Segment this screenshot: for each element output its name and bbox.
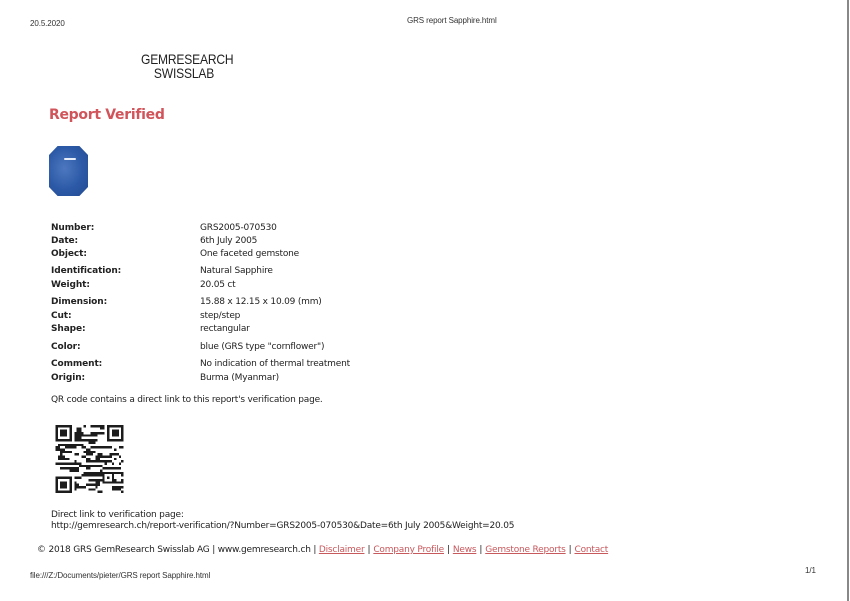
report-verified-heading: Report Verified	[49, 107, 165, 123]
detail-value: step/step	[200, 311, 240, 321]
detail-value: No indication of thermal treatment	[200, 359, 350, 369]
detail-label: Color:	[51, 342, 81, 352]
detail-label: Cut:	[51, 311, 72, 321]
detail-value: 6th July 2005	[200, 236, 257, 246]
detail-value: GRS2005-070530	[200, 223, 277, 233]
copyright-text: © 2018 GRS GemResearch Swisslab AG | www…	[37, 545, 316, 555]
detail-value: 15.88 x 12.15 x 10.09 (mm)	[200, 297, 322, 307]
grs-logo: GEMRESEARCH SWISSLAB	[141, 52, 241, 80]
detail-value: rectangular	[200, 324, 250, 334]
detail-value: Natural Sapphire	[200, 266, 273, 276]
print-title: GRS report Sapphire.html	[407, 16, 497, 25]
footer-separator: |	[476, 545, 485, 555]
page-edge	[847, 0, 849, 601]
direct-link-label: Direct link to verification page:	[51, 510, 184, 520]
footer-link-disclaimer[interactable]: Disclaimer	[319, 545, 365, 555]
footer-link-contact[interactable]: Contact	[574, 545, 608, 555]
detail-value: 20.05 ct	[200, 280, 236, 290]
detail-label: Number:	[51, 223, 94, 233]
footer-link-news[interactable]: News	[453, 545, 477, 555]
detail-label: Shape:	[51, 324, 86, 334]
detail-value: Burma (Myanmar)	[200, 373, 279, 383]
detail-label: Identification:	[51, 266, 121, 276]
detail-label: Object:	[51, 249, 87, 259]
site-footer: © 2018 GRS GemResearch Swisslab AG | www…	[37, 545, 608, 555]
detail-value: One faceted gemstone	[200, 249, 299, 259]
detail-label: Comment:	[51, 359, 102, 369]
logo-line-1: GEMRESEARCH	[141, 52, 227, 66]
footer-separator: |	[364, 545, 373, 555]
qr-code-icon[interactable]	[55, 425, 124, 497]
footer-link-company-profile[interactable]: Company Profile	[373, 545, 444, 555]
verification-url[interactable]: http://gemresearch.ch/report-verificatio…	[51, 521, 514, 531]
logo-line-2: SWISSLAB	[141, 66, 227, 80]
detail-label: Dimension:	[51, 297, 107, 307]
print-date: 20.5.2020	[30, 19, 65, 28]
footer-link-gemstone-reports[interactable]: Gemstone Reports	[485, 545, 565, 555]
sapphire-gem-image	[49, 146, 88, 196]
detail-label: Weight:	[51, 280, 90, 290]
print-page-number: 1/1	[805, 566, 816, 575]
detail-value: blue (GRS type "cornflower")	[200, 342, 324, 352]
detail-label: Date:	[51, 236, 78, 246]
detail-label: Origin:	[51, 373, 85, 383]
print-file-path: file:///Z:/Documents/pieter/GRS report S…	[30, 571, 210, 580]
footer-separator: |	[444, 545, 453, 555]
qr-note: QR code contains a direct link to this r…	[51, 395, 323, 405]
